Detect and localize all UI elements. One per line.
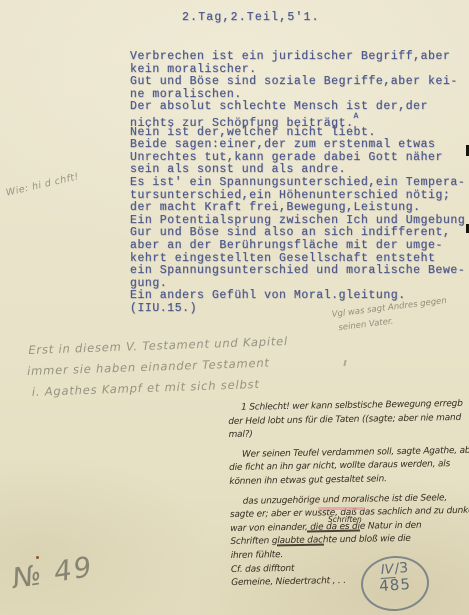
typed-line: Der absolut schlechte Mensch ist der,der [130,101,465,114]
scanned-document-page: 2.Tag,2.Teil,5'1. Verbrechen ist ein jur… [0,0,469,615]
pencil-note-block: Erst in diesem V. Testament und Kapiteli… [28,331,290,403]
typed-line: Verbrechen ist ein juridischer Begriff,a… [130,51,465,64]
typed-line: Es ist' ein Spannungsunterschied,ein Tem… [130,177,465,190]
ink-note-block: 1 Schlecht! wer kann selbstische Bewegun… [228,398,469,591]
paper-speck [36,556,39,559]
typed-text-block: Verbrechen ist ein juridischer Begriff,a… [130,51,465,315]
ink-inserted-word: Schriften [328,515,362,524]
typed-line: Beide sagen:einer,der zum erstenmal etwa… [130,139,465,152]
typed-line: ein Spannungsunterschied und moralische … [130,265,465,278]
margin-pencil-note: Wie: hi d chft! [5,171,80,198]
pencil-stray-mark [343,360,346,366]
page-header: 2.Tag,2.Teil,5'1. [182,11,320,24]
typed-line: aber an der Berührungsfläche mit der umg… [130,240,465,253]
typed-line: der macht Kraft frei,Bewegung,Leistung. [130,202,465,215]
pencil-number-note: № 49 [10,550,96,595]
typed-line: Gut und Böse sind soziale Begriffe,aber … [130,76,465,89]
insertion-mark: A [354,112,359,121]
pink-underline-mark [318,507,365,510]
typed-line: nichts zur Schöpfung beiträgt.A [130,114,465,127]
stamp-page-number: 485 [363,575,428,595]
